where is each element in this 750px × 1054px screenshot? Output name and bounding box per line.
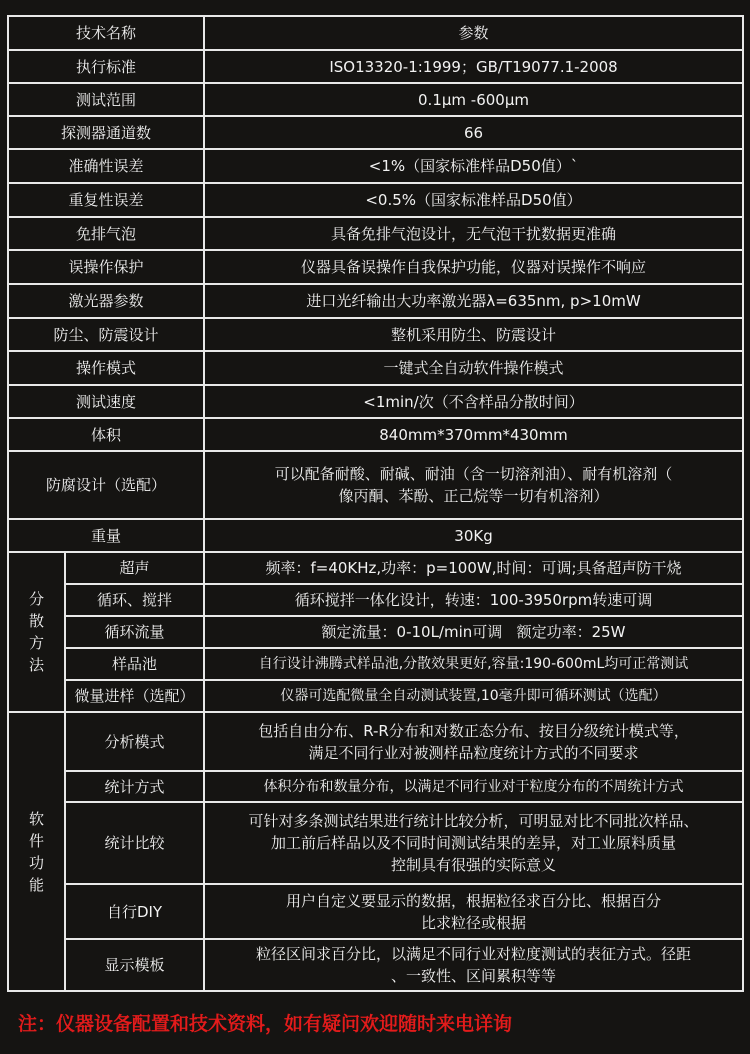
value-line: 比求粒径或根据 <box>209 912 738 934</box>
row-name: 操作模式 <box>8 351 204 385</box>
value-line: 粒径区间求百分比，以满足不同行业对粒度测试的表征方式。径距 <box>209 943 738 965</box>
row-value: <0.5%（国家标准样品D50值） <box>204 183 743 217</box>
row-name: 统计比较 <box>65 802 204 884</box>
row-name: 执行标准 <box>8 50 204 83</box>
table-row: 体积840mm*370mm*430mm <box>8 418 743 451</box>
table-header-row: 技术名称 参数 <box>8 16 743 50</box>
value-line: 可针对多条测试结果进行统计比较分析，可明显对比不同批次样品、 <box>209 810 738 832</box>
row-value: 具备免排气泡设计，无气泡干扰数据更准确 <box>204 217 743 250</box>
row-name: 重量 <box>8 519 204 552</box>
row-value: 体积分布和数量分布，以满足不同行业对于粒度分布的不周统计方式 <box>204 771 743 802</box>
row-value: 30Kg <box>204 519 743 552</box>
row-value: 0.1μm -600μm <box>204 83 743 116</box>
value-line: 控制具有很强的实际意义 <box>209 854 738 876</box>
row-value: 840mm*370mm*430mm <box>204 418 743 451</box>
row-value: 可针对多条测试结果进行统计比较分析，可明显对比不同批次样品、 加工前后样品以及不… <box>204 802 743 884</box>
row-value: 可以配备耐酸、耐碱、耐油（含一切溶剂油）、耐有机溶剂（ 像丙酮、苯酚、正己烷等一… <box>204 451 743 519</box>
table-row: 误操作保护仪器具备误操作自我保护功能，仪器对误操作不响应 <box>8 250 743 284</box>
row-name: 自行DIY <box>65 884 204 939</box>
row-value: <1min/次（不含样品分散时间） <box>204 385 743 418</box>
row-name: 测试速度 <box>8 385 204 418</box>
software-group-label: 软 件 功 能 <box>8 712 65 991</box>
table-row: 软 件 功 能 分析模式 包括自由分布、R-R分布和对数正态分布、按目分级统计模… <box>8 712 743 771</box>
row-name: 超声 <box>65 552 204 584</box>
table-row: 分 散 方 法 超声 频率：f=40KHz,功率：p=100W,时间：可调;具备… <box>8 552 743 584</box>
table-row: 激光器参数进口光纤输出大功率激光器λ=635nm, p>10mW <box>8 284 743 318</box>
row-name: 免排气泡 <box>8 217 204 250</box>
group-char: 功 <box>13 852 60 874</box>
group-char: 软 <box>13 808 60 830</box>
table-row: 防尘、防震设计整机采用防尘、防震设计 <box>8 318 743 351</box>
row-value: 进口光纤输出大功率激光器λ=635nm, p>10mW <box>204 284 743 318</box>
row-name: 防尘、防震设计 <box>8 318 204 351</box>
row-value: 一键式全自动软件操作模式 <box>204 351 743 385</box>
dispersion-group-label: 分 散 方 法 <box>8 552 65 712</box>
row-value: 自行设计沸腾式样品池,分散效果更好,容量:190-600mL均可正常测试 <box>204 648 743 680</box>
row-name: 循环流量 <box>65 616 204 648</box>
row-value: 额定流量：0-10L/min可调 额定功率：25W <box>204 616 743 648</box>
header-name: 技术名称 <box>8 16 204 50</box>
group-char: 能 <box>13 874 60 896</box>
row-value: <1%（国家标准样品D50值）` <box>204 149 743 183</box>
table-row: 操作模式一键式全自动软件操作模式 <box>8 351 743 385</box>
table-row: 准确性误差<1%（国家标准样品D50值）` <box>8 149 743 183</box>
table-row: 循环流量额定流量：0-10L/min可调 额定功率：25W <box>8 616 743 648</box>
table-row: 统计方式 体积分布和数量分布，以满足不同行业对于粒度分布的不周统计方式 <box>8 771 743 802</box>
value-line: 可以配备耐酸、耐碱、耐油（含一切溶剂油）、耐有机溶剂（ <box>209 463 738 485</box>
group-char: 件 <box>13 830 60 852</box>
footer-note: 注：仪器设备配置和技术资料，如有疑问欢迎随时来电详询 <box>18 1010 512 1038</box>
table-row: 自行DIY 用户自定义要显示的数据，根据粒径求百分比、根据百分 比求粒径或根据 <box>8 884 743 939</box>
value-line: 满足不同行业对被测样品粒度统计方式的不同要求 <box>209 742 738 764</box>
table-row: 免排气泡具备免排气泡设计，无气泡干扰数据更准确 <box>8 217 743 250</box>
row-name: 样品池 <box>65 648 204 680</box>
row-name: 激光器参数 <box>8 284 204 318</box>
row-name: 体积 <box>8 418 204 451</box>
group-char: 分 <box>13 588 60 610</box>
row-name: 统计方式 <box>65 771 204 802</box>
row-name: 准确性误差 <box>8 149 204 183</box>
row-name: 分析模式 <box>65 712 204 771</box>
table-row: 样品池自行设计沸腾式样品池,分散效果更好,容量:190-600mL均可正常测试 <box>8 648 743 680</box>
row-name: 探测器通道数 <box>8 116 204 149</box>
table-row: 防腐设计（选配） 可以配备耐酸、耐碱、耐油（含一切溶剂油）、耐有机溶剂（ 像丙酮… <box>8 451 743 519</box>
value-line: 用户自定义要显示的数据，根据粒径求百分比、根据百分 <box>209 890 738 912</box>
table-row: 探测器通道数66 <box>8 116 743 149</box>
row-value: 整机采用防尘、防震设计 <box>204 318 743 351</box>
row-name: 误操作保护 <box>8 250 204 284</box>
row-name: 防腐设计（选配） <box>8 451 204 519</box>
row-value: 66 <box>204 116 743 149</box>
table-row: 重复性误差<0.5%（国家标准样品D50值） <box>8 183 743 217</box>
table-row: 微量进样（选配）仪器可选配微量全自动测试装置,10毫升即可循环测试（选配） <box>8 680 743 712</box>
value-line: 包括自由分布、R-R分布和对数正态分布、按目分级统计模式等， <box>209 720 738 742</box>
row-value: 仪器可选配微量全自动测试装置,10毫升即可循环测试（选配） <box>204 680 743 712</box>
table-row: 测试范围0.1μm -600μm <box>8 83 743 116</box>
row-name: 显示模板 <box>65 939 204 991</box>
row-value: 用户自定义要显示的数据，根据粒径求百分比、根据百分 比求粒径或根据 <box>204 884 743 939</box>
group-char: 方 <box>13 632 60 654</box>
row-value: 包括自由分布、R-R分布和对数正态分布、按目分级统计模式等， 满足不同行业对被测… <box>204 712 743 771</box>
value-line: 加工前后样品以及不同时间测试结果的差异，对工业原料质量 <box>209 832 738 854</box>
value-line: 、一致性、区间累积等等 <box>209 965 738 987</box>
table-row: 测试速度<1min/次（不含样品分散时间） <box>8 385 743 418</box>
table-row: 重量30Kg <box>8 519 743 552</box>
row-name: 重复性误差 <box>8 183 204 217</box>
group-char: 散 <box>13 610 60 632</box>
row-name: 循环、搅拌 <box>65 584 204 616</box>
row-value: 仪器具备误操作自我保护功能，仪器对误操作不响应 <box>204 250 743 284</box>
table-row: 统计比较 可针对多条测试结果进行统计比较分析，可明显对比不同批次样品、 加工前后… <box>8 802 743 884</box>
row-value: 频率：f=40KHz,功率：p=100W,时间：可调;具备超声防干烧 <box>204 552 743 584</box>
table-row: 循环、搅拌循环搅拌一体化设计，转速：100-3950rpm转速可调 <box>8 584 743 616</box>
row-value: 粒径区间求百分比，以满足不同行业对粒度测试的表征方式。径距 、一致性、区间累积等… <box>204 939 743 991</box>
table-row: 执行标准ISO13320-1:1999；GB/T19077.1-2008 <box>8 50 743 83</box>
header-value: 参数 <box>204 16 743 50</box>
row-value: ISO13320-1:1999；GB/T19077.1-2008 <box>204 50 743 83</box>
row-name: 测试范围 <box>8 83 204 116</box>
row-name: 微量进样（选配） <box>65 680 204 712</box>
table-row: 显示模板 粒径区间求百分比，以满足不同行业对粒度测试的表征方式。径距 、一致性、… <box>8 939 743 991</box>
group-char: 法 <box>13 654 60 676</box>
spec-table: 技术名称 参数 执行标准ISO13320-1:1999；GB/T19077.1-… <box>7 15 744 992</box>
row-value: 循环搅拌一体化设计，转速：100-3950rpm转速可调 <box>204 584 743 616</box>
value-line: 像丙酮、苯酚、正己烷等一切有机溶剂） <box>209 485 738 507</box>
